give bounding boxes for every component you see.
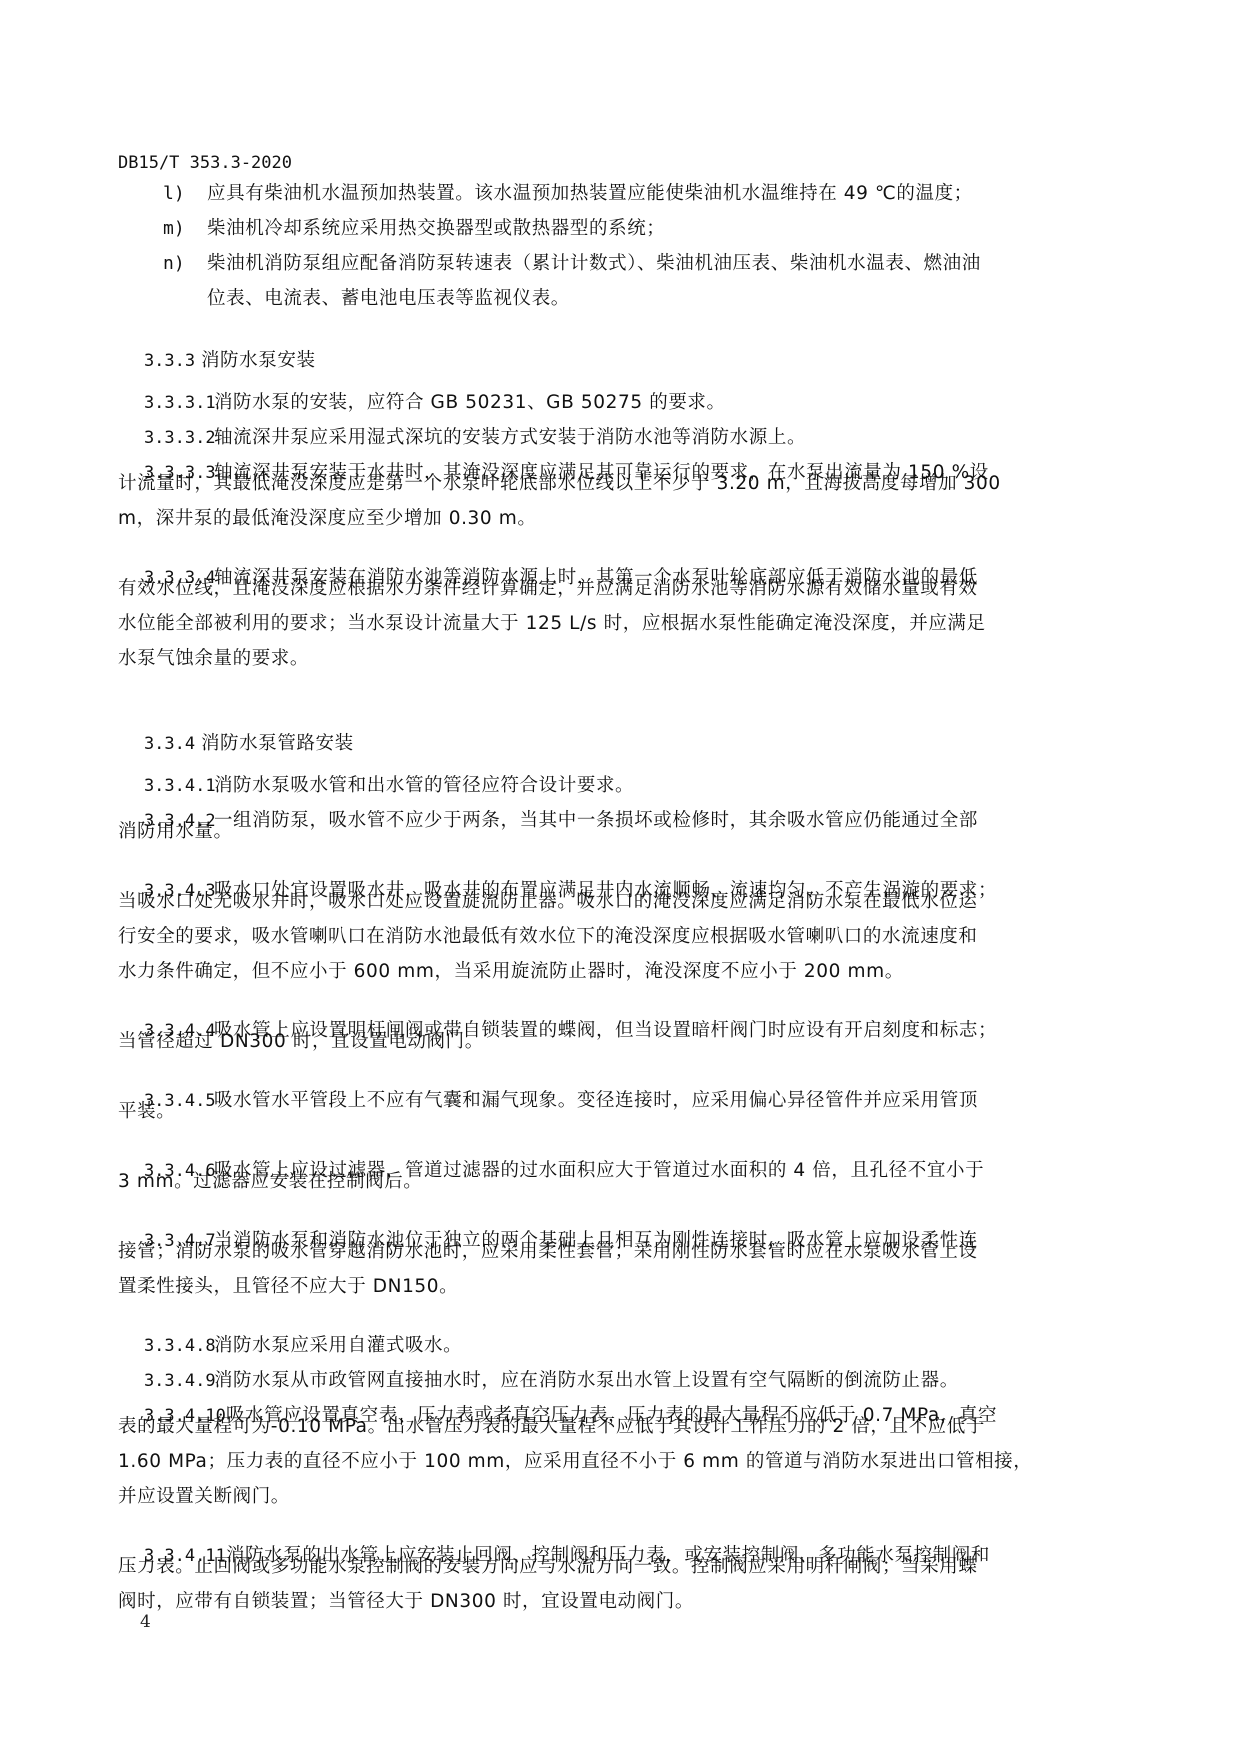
list-item-text-n-line1: 柴油机消防泵组应配备消防泵转速表（累计计数式）、柴油机油压表、柴油机水温表、燃油… <box>207 252 981 276</box>
clause-3-3-3-3-line2: 计流量时，其最低淹没深度应是第一个水泵叶轮底部水位线以上不少于 3.20 m，且… <box>118 472 1001 496</box>
clause-text: 一组消防泵，吸水管不应少于两条，当其中一条损坏或检修时，其余吸水管应仍能通过全部 <box>214 810 978 831</box>
list-item-label-m: m) <box>163 217 185 241</box>
clause-3-3-3-4-line3: 水位能全部被利用的要求；当水泵设计流量大于 125 L/s 时，应根据水泵性能确… <box>118 612 986 636</box>
list-item-label-n: n) <box>163 252 185 276</box>
clause-3-3-3-3-line3: m，深井泵的最低淹没深度应至少增加 0.30 m。 <box>118 507 537 531</box>
document-code-header: DB15/T 353.3-2020 <box>118 153 292 173</box>
clause-3-3-4-2-line2: 消防用水量。 <box>118 820 233 844</box>
clause-3-3-4-5-line2: 平装。 <box>118 1100 175 1124</box>
clause-3-3-4-4-line2: 当管径超过 DN300 时，宜设置电动阀门。 <box>118 1030 484 1054</box>
clause-3-3-4-6-line2: 3 mm。过滤器应安装在控制阀后。 <box>118 1170 422 1194</box>
clause-3-3-4-11-line2: 压力表。止回阀或多功能水泵控制阀的安装方向应与水流方向一致。控制阀应采用明杆闸阀… <box>118 1555 978 1579</box>
list-item-text-n-line2: 位表、电流表、蓄电池电压表等监视仪表。 <box>207 287 570 311</box>
clause-3-3-4-5-line1: 3.3.4.5吸水管水平管段上不应有气囊和漏气现象。变径连接时，应采用偏心异径管… <box>118 1065 978 1137</box>
clause-3-3-4-3-line3: 行安全的要求，吸水管喇叭口在消防水池最低有效水位下的淹没深度应根据吸水管喇叭口的… <box>118 925 978 949</box>
clause-3-3-4-7-line2: 接管；消防水泵的吸水管穿越消防水池时，应采用柔性套管；采用刚性防水套管时应在水泵… <box>118 1240 978 1264</box>
clause-text: 吸水管水平管段上不应有气囊和漏气现象。变径连接时，应采用偏心异径管件并应采用管顶 <box>214 1090 978 1111</box>
clause-3-3-4-11-line3: 阀时，应带有自锁装置；当管径大于 DN300 时，宜设置电动阀门。 <box>118 1590 694 1614</box>
list-item-label-l: l) <box>163 182 185 206</box>
clause-3-3-4-2-line1: 3.3.4.2一组消防泵，吸水管不应少于两条，当其中一条损坏或检修时，其余吸水管… <box>118 785 978 857</box>
clause-3-3-4-3-line2: 当吸水口处无吸水井时，吸水口处应设置旋流防止器。吸水口的淹没深度应满足消防水泵在… <box>118 890 978 914</box>
document-page: DB15/T 353.3-2020 l) 应具有柴油机水温预加热装置。该水温预加… <box>0 0 1241 1755</box>
list-item-text-l: 应具有柴油机水温预加热装置。该水温预加热装置应能使柴油机水温维持在 49 ℃的温… <box>207 182 973 206</box>
page-number: 4 <box>140 1612 151 1632</box>
clause-3-3-4-10-line4: 并应设置关断阀门。 <box>118 1485 290 1509</box>
clause-3-3-4-10-line2: 表的最大量程可为-0.10 MPa。出水管压力表的最大量程不应低于其设计工作压力… <box>118 1415 985 1439</box>
list-item-text-m: 柴油机冷却系统应采用热交换器型或散热器型的系统； <box>207 217 665 241</box>
clause-3-3-3-4-line2: 有效水位线，且淹没深度应根据水力条件经计算确定，并应满足消防水池等消防水源有效储… <box>118 577 978 601</box>
clause-3-3-4-3-line4: 水力条件确定，但不应小于 600 mm，当采用旋流防止器时，淹没深度不应小于 2… <box>118 960 904 984</box>
clause-3-3-4-10-line3: 1.60 MPa；压力表的直径不应小于 100 mm，应采用直径不小于 6 mm… <box>118 1450 1032 1474</box>
clause-3-3-4-7-line3: 置柔性接头，且管径不应大于 DN150。 <box>118 1275 458 1299</box>
clause-3-3-3-4-line4: 水泵气蚀余量的要求。 <box>118 647 309 671</box>
